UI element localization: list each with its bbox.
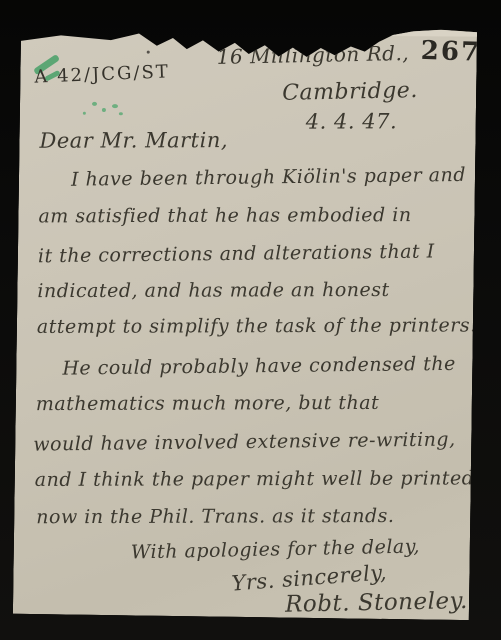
body-paragraph1-line2: am satisfied that he has embodied in bbox=[38, 206, 411, 226]
sender-address-line-2: Cambridge. bbox=[282, 80, 418, 105]
body-paragraph2-line3: would have involved extensive re-writing… bbox=[33, 430, 455, 454]
salutation: Dear Mr. Martin, bbox=[39, 130, 228, 152]
green-speckle bbox=[92, 102, 97, 106]
body-paragraph1-line3: it the corrections and alterations that … bbox=[38, 242, 435, 266]
body-paragraph1-line1: I have been through Kiölin's paper and bbox=[71, 166, 466, 190]
body-paragraph1-line4: indicated, and has made an honest bbox=[37, 281, 389, 301]
body-paragraph1-line5: attempt to simplify the task of the prin… bbox=[37, 316, 477, 337]
folio-number: 267 bbox=[420, 38, 481, 66]
body-paragraph2-line4: and I think the paper might well be prin… bbox=[35, 469, 475, 490]
ink-dot bbox=[147, 51, 150, 54]
sender-address-line-1: 16 Millington Rd., bbox=[217, 43, 410, 67]
green-speckle bbox=[102, 108, 106, 112]
closing-line: With apologies for the delay, bbox=[131, 537, 421, 562]
letter-page: 267 A 42/JCG/ST 16 Millington Rd., Cambr… bbox=[13, 21, 477, 620]
green-speckle bbox=[112, 104, 118, 108]
body-paragraph2-line5: now in the Phil. Trans. as it stands. bbox=[36, 507, 394, 527]
archive-reference: A 42/JCG/ST bbox=[34, 63, 170, 86]
scan-background: 267 A 42/JCG/ST 16 Millington Rd., Cambr… bbox=[0, 0, 501, 640]
paper-top-edge-highlight bbox=[319, 29, 477, 37]
letter-date: 4. 4. 47. bbox=[306, 111, 397, 132]
green-speckle bbox=[83, 112, 86, 115]
green-speckle bbox=[119, 112, 123, 115]
body-paragraph2-line2: mathematics much more, but that bbox=[36, 394, 379, 414]
body-paragraph2-line1: He could probably have condensed the bbox=[62, 355, 456, 379]
signature: Robt. Stoneley. bbox=[285, 590, 468, 617]
